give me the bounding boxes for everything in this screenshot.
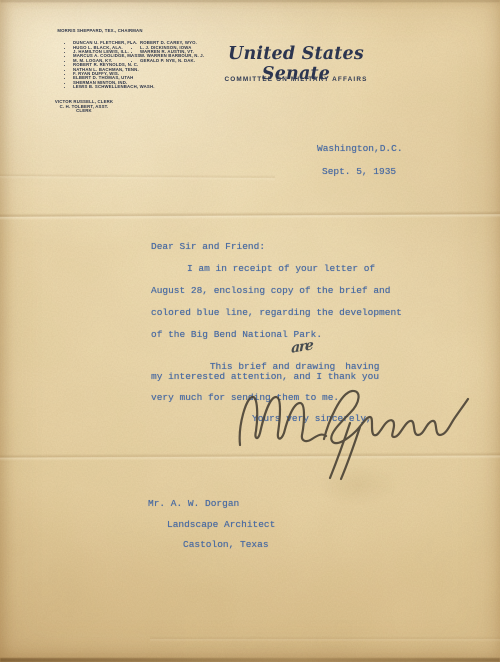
dateline-place: Washington,D.C. [317,143,403,155]
pencil-smudge [318,465,398,505]
handwritten-correction: are [291,337,313,357]
paper-top-edge [0,0,500,2]
recipient-title: Landscape Architect [167,519,275,531]
body-line: colored blue line, regarding the develop… [151,307,402,319]
body-line: my interested attention, and I thank you [151,371,379,383]
fold-crease [0,173,275,181]
salutation: Dear Sir and Friend: [151,241,265,253]
clerk-name: C. H. TOLBERT, ASST. CLERK [52,105,116,114]
fold-crease [150,636,500,642]
body-line: very much for sending them to me. [151,392,339,404]
fold-crease [0,452,500,461]
member-name: GERALD P. NYE, N. DAK. [140,59,204,63]
letter-page: MORRIS SHEPPARD, TEX., CHAIRMAN DUNCAN U… [0,0,500,662]
member-list-right: ROBERT D. CAREY, WYO. L. J. DICKINSON, I… [100,41,204,63]
paper-bottom-edge [0,658,500,662]
recipient-location: Castolon, Texas [183,539,269,551]
recipient-name: Mr. A. W. Dorgan [148,498,239,510]
closing: Yours very sincerely, [252,413,372,425]
fold-crease [0,211,500,221]
clerk-list: VICTOR RUSSELL, CLERK C. H. TOLBERT, ASS… [52,100,116,114]
letterhead-committee: COMMITTEE ON MILITARY AFFAIRS [196,76,396,83]
body-line: August 28, enclosing copy of the brief a… [151,285,390,297]
committee-chairman: MORRIS SHEPPARD, TEX., CHAIRMAN [30,29,170,33]
body-line: I am in receipt of your letter of [187,263,375,275]
member-name: LEWIS B. SCHWELLENBACH, WASH. [73,85,155,89]
dateline-date: Sept. 5, 1935 [322,166,396,178]
